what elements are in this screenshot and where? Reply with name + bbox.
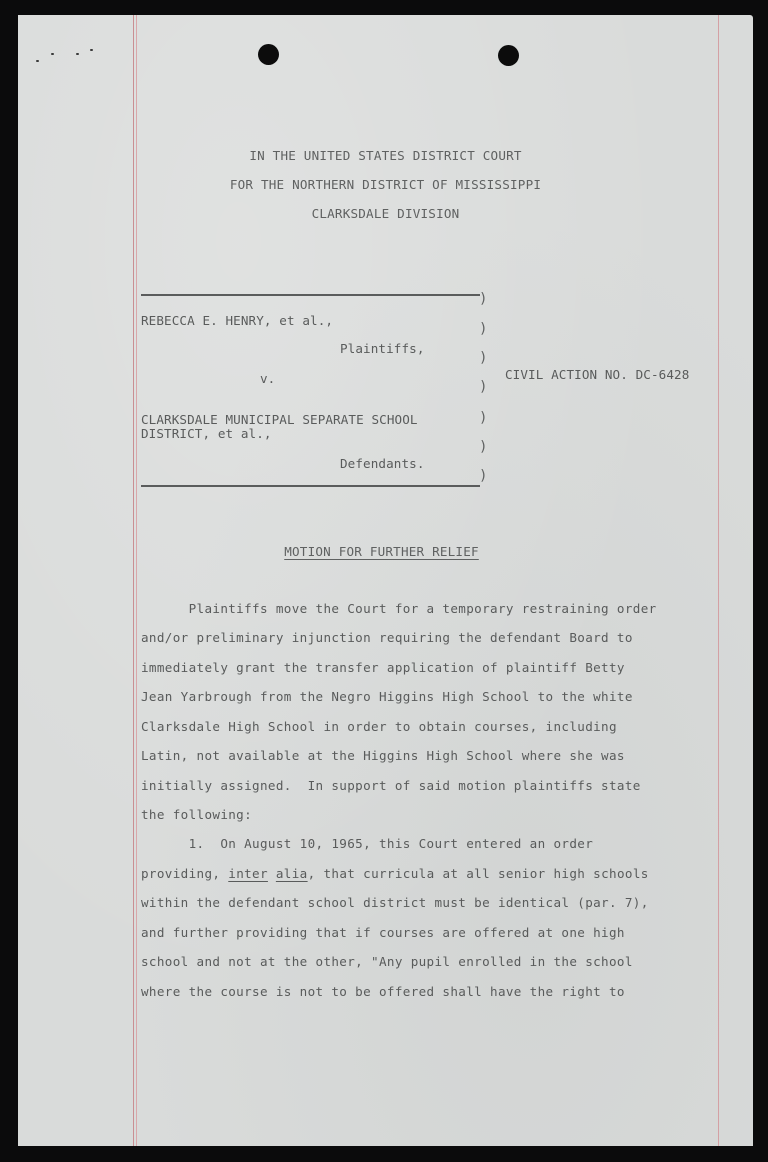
caption-paren: ) <box>479 291 487 307</box>
body-line: initially assigned. In support of said m… <box>141 778 641 793</box>
paragraph-1-line-4: and further providing that if courses ar… <box>141 925 625 940</box>
body-line: Plaintiffs move the Court for a temporar… <box>141 601 657 616</box>
defendant-name-line-1: CLARKSDALE MUNICIPAL SEPARATE SCHOOL <box>141 412 418 427</box>
body-line: Clarksdale High School in order to obtai… <box>141 719 617 734</box>
body-line: Jean Yarbrough from the Negro Higgins Hi… <box>141 689 633 704</box>
case-number: CIVIL ACTION NO. DC-6428 <box>505 367 689 382</box>
punch-hole-left <box>258 44 279 65</box>
ink-speck <box>51 53 54 55</box>
paragraph-1-line-1: 1. On August 10, 1965, this Court entere… <box>141 836 593 851</box>
court-heading-line-1: IN THE UNITED STATES DISTRICT COURT <box>18 148 753 163</box>
paragraph-1-line-2: providing, inter alia, that curricula at… <box>141 866 649 881</box>
caption-bottom-rule <box>141 485 480 487</box>
emphasis-alia: alia <box>276 866 308 881</box>
motion-title: MOTION FOR FURTHER RELIEF <box>14 544 749 559</box>
caption-paren: ) <box>479 439 487 455</box>
paragraph-1-line-6: where the course is not to be offered sh… <box>141 984 625 999</box>
versus: v. <box>260 371 275 386</box>
body-line: and/or preliminary injunction requiring … <box>141 630 633 645</box>
ink-speck <box>76 53 79 55</box>
ink-speck <box>90 49 93 51</box>
defendant-role: Defendants. <box>340 456 425 471</box>
paragraph-1-line-3: within the defendant school district mus… <box>141 895 649 910</box>
court-heading-line-2: FOR THE NORTHERN DISTRICT OF MISSISSIPPI <box>18 177 753 192</box>
body-line: Latin, not available at the Higgins High… <box>141 748 625 763</box>
document-page: IN THE UNITED STATES DISTRICT COURT FOR … <box>18 15 753 1146</box>
defendant-name-line-2: DISTRICT, et al., <box>141 426 272 441</box>
caption-paren: ) <box>479 410 487 426</box>
emphasis-inter: inter <box>228 866 268 881</box>
caption-paren: ) <box>479 468 487 484</box>
text-segment: providing, <box>141 866 228 881</box>
plaintiff-role: Plaintiffs, <box>340 341 425 356</box>
plaintiff-name: REBECCA E. HENRY, et al., <box>141 313 333 328</box>
body-line: immediately grant the transfer applicati… <box>141 660 625 675</box>
caption-paren: ) <box>479 321 487 337</box>
punch-hole-right <box>498 45 519 66</box>
caption-paren: ) <box>479 379 487 395</box>
caption-top-rule <box>141 294 480 296</box>
ink-speck <box>36 60 39 62</box>
court-heading-line-3: CLARKSDALE DIVISION <box>18 206 753 221</box>
paragraph-1-line-5: school and not at the other, "Any pupil … <box>141 954 633 969</box>
body-line: the following: <box>141 807 252 822</box>
text-segment <box>268 866 276 881</box>
caption-paren: ) <box>479 350 487 366</box>
text-segment: , that curricula at all senior high scho… <box>308 866 649 881</box>
